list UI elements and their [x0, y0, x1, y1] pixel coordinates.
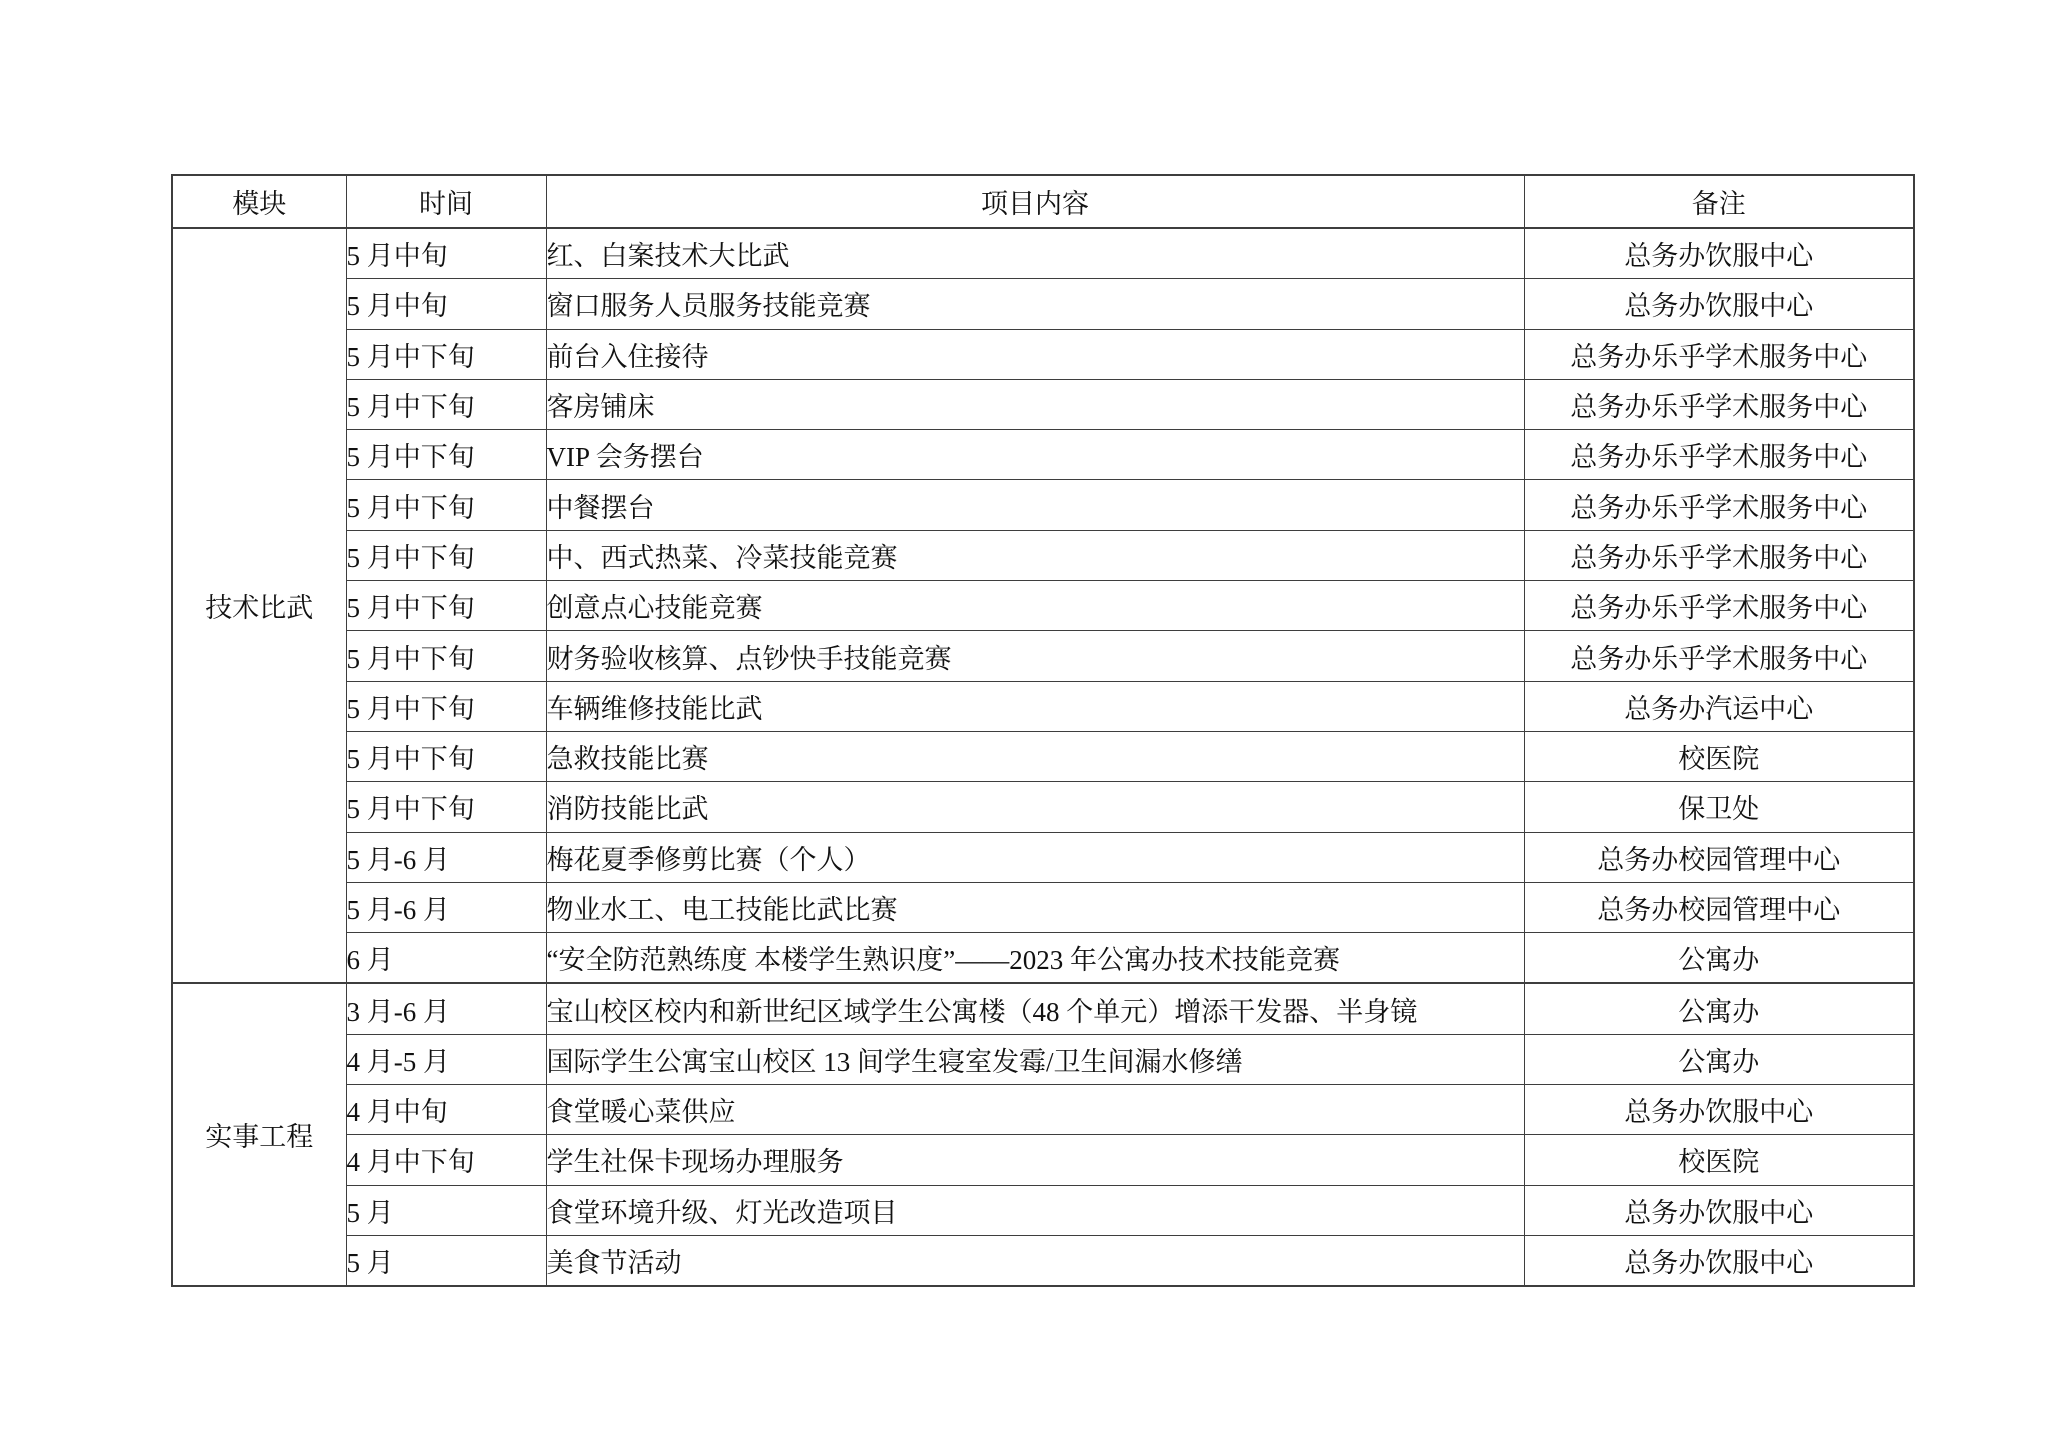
note-cell: 保卫处	[1524, 782, 1914, 832]
header-cell-module: 模块	[172, 175, 346, 228]
content-cell: 中、西式热菜、冷菜技能竞赛	[546, 530, 1524, 580]
table-row: 5 月中下旬前台入住接待总务办乐乎学术服务中心	[172, 329, 1914, 379]
table-row: 5 月中下旬急救技能比赛校医院	[172, 731, 1914, 781]
content-cell: 创意点心技能竞赛	[546, 581, 1524, 631]
content-cell: 车辆维修技能比武	[546, 681, 1524, 731]
module-group-cell: 实事工程	[172, 983, 346, 1286]
table-row: 6 月“安全防范熟练度 本楼学生熟识度”——2023 年公寓办技术技能竞赛公寓办	[172, 933, 1914, 984]
content-cell: 国际学生公寓宝山校区 13 间学生寝室发霉/卫生间漏水修缮	[546, 1034, 1524, 1084]
table-row: 5 月-6 月梅花夏季修剪比赛（个人）总务办校园管理中心	[172, 832, 1914, 882]
note-cell: 总务办乐乎学术服务中心	[1524, 581, 1914, 631]
time-cell: 5 月中下旬	[346, 329, 546, 379]
content-cell: 宝山校区校内和新世纪区域学生公寓楼（48 个单元）增添干发器、半身镜	[546, 983, 1524, 1034]
note-cell: 总务办校园管理中心	[1524, 882, 1914, 932]
header-row: 模块 时间 项目内容 备注	[172, 175, 1914, 228]
content-cell: 客房铺床	[546, 379, 1524, 429]
table-row: 5 月美食节活动总务办饮服中心	[172, 1235, 1914, 1286]
module-group-cell: 技术比武	[172, 228, 346, 983]
content-cell: 消防技能比武	[546, 782, 1524, 832]
content-cell: 食堂暖心菜供应	[546, 1085, 1524, 1135]
note-cell: 总务办乐乎学术服务中心	[1524, 530, 1914, 580]
content-cell: VIP 会务摆台	[546, 430, 1524, 480]
time-cell: 5 月中下旬	[346, 379, 546, 429]
time-cell: 5 月中下旬	[346, 581, 546, 631]
note-cell: 总务办饮服中心	[1524, 228, 1914, 279]
content-cell: 食堂环境升级、灯光改造项目	[546, 1185, 1524, 1235]
time-cell: 5 月	[346, 1185, 546, 1235]
table-row: 5 月中下旬客房铺床总务办乐乎学术服务中心	[172, 379, 1914, 429]
table-row: 5 月中下旬创意点心技能竞赛总务办乐乎学术服务中心	[172, 581, 1914, 631]
time-cell: 5 月-6 月	[346, 832, 546, 882]
table-row: 4 月中旬食堂暖心菜供应总务办饮服中心	[172, 1085, 1914, 1135]
table-row: 5 月中旬窗口服务人员服务技能竞赛总务办饮服中心	[172, 279, 1914, 329]
note-cell: 总务办乐乎学术服务中心	[1524, 480, 1914, 530]
content-cell: 急救技能比赛	[546, 731, 1524, 781]
content-cell: 红、白案技术大比武	[546, 228, 1524, 279]
note-cell: 总务办饮服中心	[1524, 1085, 1914, 1135]
note-cell: 校医院	[1524, 1135, 1914, 1185]
content-cell: 窗口服务人员服务技能竞赛	[546, 279, 1524, 329]
time-cell: 5 月中下旬	[346, 530, 546, 580]
note-cell: 总务办乐乎学术服务中心	[1524, 329, 1914, 379]
content-cell: 梅花夏季修剪比赛（个人）	[546, 832, 1524, 882]
table-body: 技术比武5 月中旬红、白案技术大比武总务办饮服中心5 月中旬窗口服务人员服务技能…	[172, 228, 1914, 1286]
time-cell: 5 月中旬	[346, 228, 546, 279]
document-page: 模块 时间 项目内容 备注 技术比武5 月中旬红、白案技术大比武总务办饮服中心5…	[0, 0, 2048, 1447]
note-cell: 总务办饮服中心	[1524, 279, 1914, 329]
table-row: 5 月中下旬消防技能比武保卫处	[172, 782, 1914, 832]
note-cell: 总务办乐乎学术服务中心	[1524, 430, 1914, 480]
header-cell-time: 时间	[346, 175, 546, 228]
time-cell: 4 月-5 月	[346, 1034, 546, 1084]
note-cell: 总务办乐乎学术服务中心	[1524, 379, 1914, 429]
table-row: 5 月中下旬车辆维修技能比武总务办汽运中心	[172, 681, 1914, 731]
note-cell: 公寓办	[1524, 1034, 1914, 1084]
note-cell: 总务办汽运中心	[1524, 681, 1914, 731]
time-cell: 4 月中下旬	[346, 1135, 546, 1185]
note-cell: 总务办乐乎学术服务中心	[1524, 631, 1914, 681]
time-cell: 5 月-6 月	[346, 882, 546, 932]
time-cell: 3 月-6 月	[346, 983, 546, 1034]
time-cell: 5 月	[346, 1235, 546, 1286]
table-row: 5 月中下旬中、西式热菜、冷菜技能竞赛总务办乐乎学术服务中心	[172, 530, 1914, 580]
content-cell: 物业水工、电工技能比武比赛	[546, 882, 1524, 932]
content-cell: 中餐摆台	[546, 480, 1524, 530]
header-cell-content: 项目内容	[546, 175, 1524, 228]
note-cell: 校医院	[1524, 731, 1914, 781]
content-cell: 美食节活动	[546, 1235, 1524, 1286]
table-row: 技术比武5 月中旬红、白案技术大比武总务办饮服中心	[172, 228, 1914, 279]
table-row: 4 月-5 月国际学生公寓宝山校区 13 间学生寝室发霉/卫生间漏水修缮公寓办	[172, 1034, 1914, 1084]
note-cell: 总务办饮服中心	[1524, 1185, 1914, 1235]
time-cell: 5 月中下旬	[346, 731, 546, 781]
table-row: 实事工程3 月-6 月宝山校区校内和新世纪区域学生公寓楼（48 个单元）增添干发…	[172, 983, 1914, 1034]
table-row: 5 月食堂环境升级、灯光改造项目总务办饮服中心	[172, 1185, 1914, 1235]
time-cell: 5 月中下旬	[346, 631, 546, 681]
table-row: 5 月-6 月物业水工、电工技能比武比赛总务办校园管理中心	[172, 882, 1914, 932]
note-cell: 公寓办	[1524, 933, 1914, 984]
note-cell: 总务办校园管理中心	[1524, 832, 1914, 882]
time-cell: 5 月中下旬	[346, 430, 546, 480]
table-row: 5 月中下旬财务验收核算、点钞快手技能竞赛总务办乐乎学术服务中心	[172, 631, 1914, 681]
table-row: 5 月中下旬VIP 会务摆台总务办乐乎学术服务中心	[172, 430, 1914, 480]
content-cell: “安全防范熟练度 本楼学生熟识度”——2023 年公寓办技术技能竞赛	[546, 933, 1524, 984]
time-cell: 4 月中旬	[346, 1085, 546, 1135]
content-cell: 前台入住接待	[546, 329, 1524, 379]
table-row: 5 月中下旬中餐摆台总务办乐乎学术服务中心	[172, 480, 1914, 530]
time-cell: 5 月中旬	[346, 279, 546, 329]
content-cell: 学生社保卡现场办理服务	[546, 1135, 1524, 1185]
schedule-table: 模块 时间 项目内容 备注 技术比武5 月中旬红、白案技术大比武总务办饮服中心5…	[171, 174, 1915, 1287]
time-cell: 6 月	[346, 933, 546, 984]
content-cell: 财务验收核算、点钞快手技能竞赛	[546, 631, 1524, 681]
table-row: 4 月中下旬学生社保卡现场办理服务校医院	[172, 1135, 1914, 1185]
table-header: 模块 时间 项目内容 备注	[172, 175, 1914, 228]
note-cell: 总务办饮服中心	[1524, 1235, 1914, 1286]
time-cell: 5 月中下旬	[346, 782, 546, 832]
time-cell: 5 月中下旬	[346, 480, 546, 530]
header-cell-note: 备注	[1524, 175, 1914, 228]
time-cell: 5 月中下旬	[346, 681, 546, 731]
note-cell: 公寓办	[1524, 983, 1914, 1034]
